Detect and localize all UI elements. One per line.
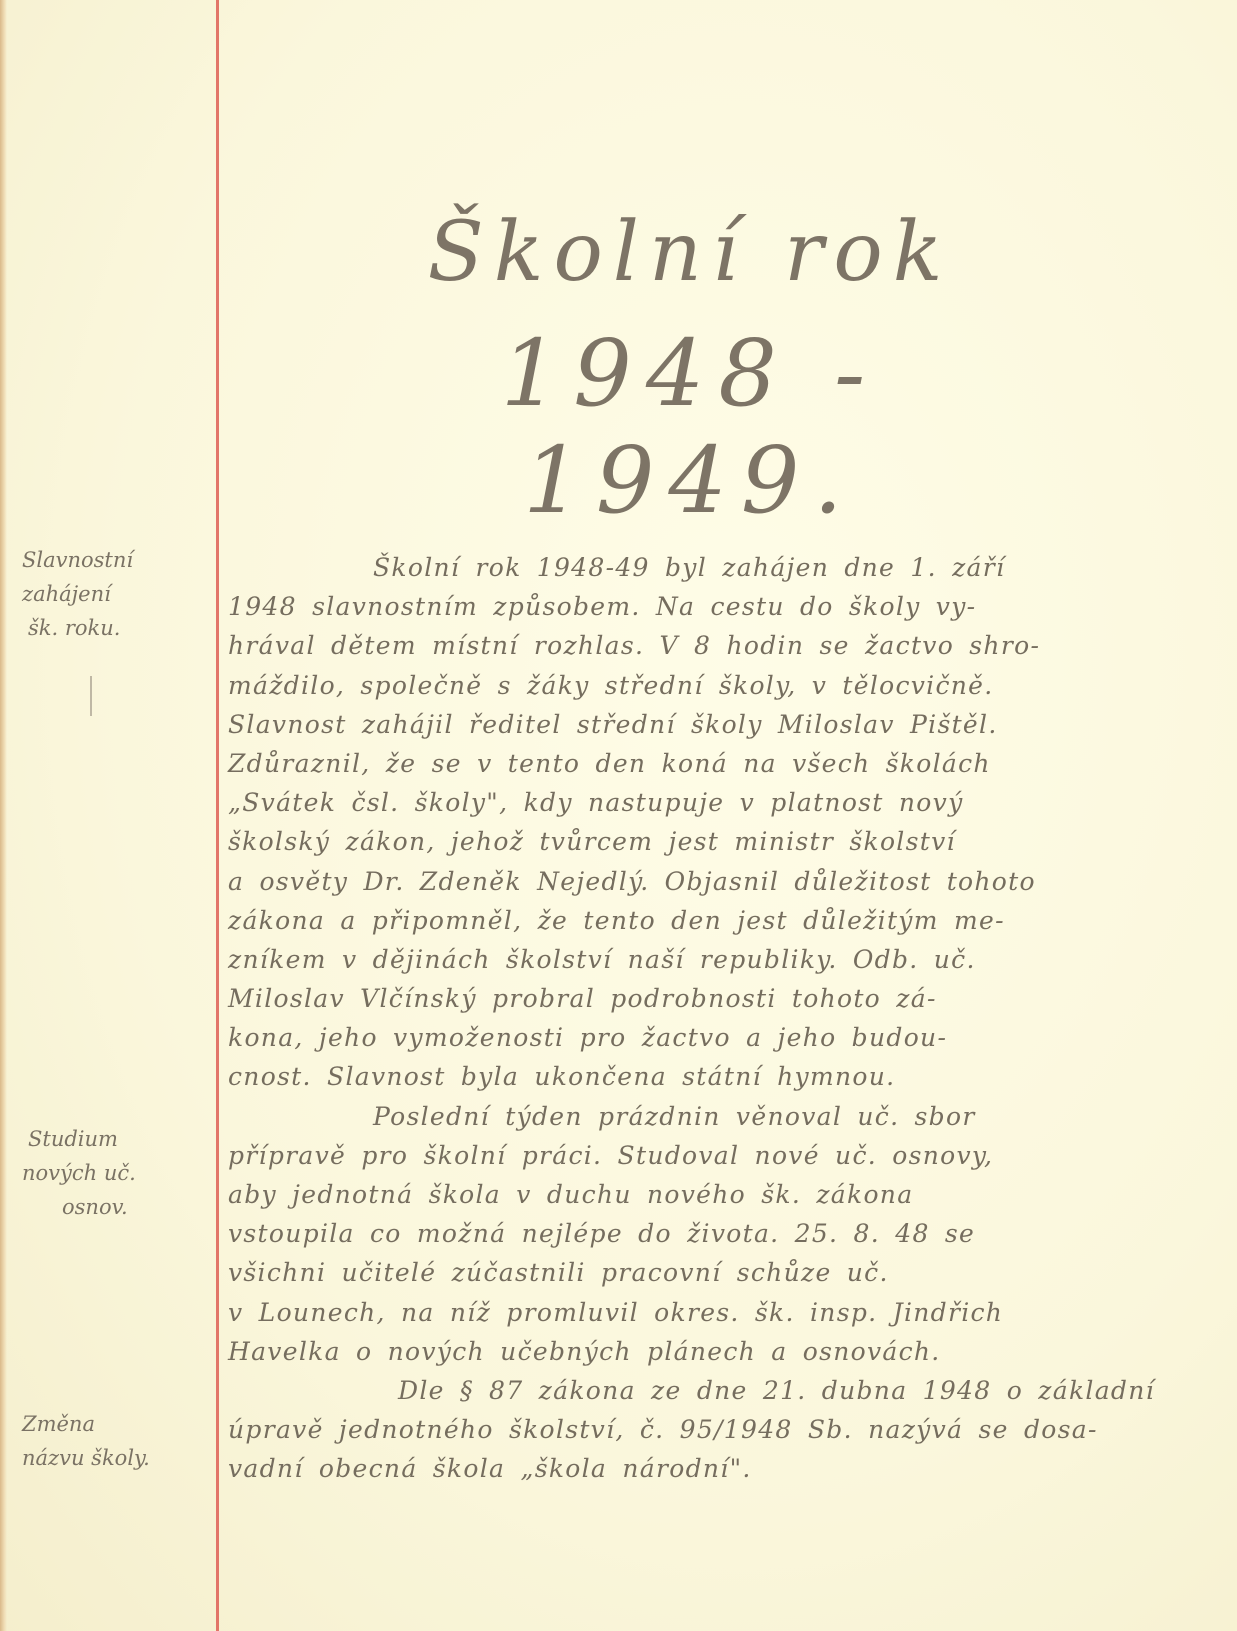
margin-note-line: Studium — [22, 1122, 202, 1156]
body-line: Dle § 87 zákona ze dne 21. dubna 1948 o … — [228, 1371, 1228, 1410]
body-line: úpravě jednotného školství, č. 95/1948 S… — [228, 1410, 1228, 1449]
margin-note-line: šk. roku. — [22, 611, 202, 645]
body-line: Školní rok 1948-49 byl zahájen dne 1. zá… — [228, 548, 1228, 587]
margin-note-line: názvu školy. — [22, 1441, 202, 1475]
body-line: cnost. Slavnost byla ukončena státní hym… — [228, 1057, 1228, 1096]
body-line: v Lounech, na níž promluvil okres. šk. i… — [228, 1293, 1228, 1332]
body-line: zníkem v dějinách školství naší republik… — [228, 940, 1228, 979]
body-line: přípravě pro školní práci. Studoval nové… — [228, 1136, 1228, 1175]
margin-note-line: Změna — [22, 1407, 202, 1441]
document-page: Školní rok 1948 - 1949. Slavnostní zaháj… — [0, 0, 1237, 1631]
margin-note-line: osnov. — [22, 1190, 202, 1224]
body-line: Havelka o nových učebných plánech a osno… — [228, 1332, 1228, 1371]
body-line: Miloslav Vlčínský probral podrobnosti to… — [228, 979, 1228, 1018]
margin-pencil-mark — [90, 676, 92, 716]
red-margin-line — [216, 0, 219, 1631]
body-line: vstoupila co možná nejlépe do života. 25… — [228, 1214, 1228, 1253]
body-line: Slavnost zahájil ředitel střední školy M… — [228, 705, 1228, 744]
body-line: Zdůraznil, že se v tento den koná na vše… — [228, 744, 1228, 783]
body-line: aby jednotná škola v duchu nového šk. zá… — [228, 1175, 1228, 1214]
page-title-line-1: Školní rok — [370, 205, 1010, 300]
body-line: kona, jeho vymoženosti pro žactvo a jeho… — [228, 1018, 1228, 1057]
margin-note-line: Slavnostní — [22, 543, 202, 577]
margin-note-line: nových uč. — [22, 1156, 202, 1190]
body-line: „Svátek čsl. školy", kdy nastupuje v pla… — [228, 783, 1228, 822]
chronicle-body: Školní rok 1948-49 byl zahájen dne 1. zá… — [228, 548, 1228, 1489]
body-line: všichni učitelé zúčastnili pracovní schů… — [228, 1253, 1228, 1292]
margin-note-curriculum-study: Studium nových uč. osnov. — [22, 1122, 202, 1224]
margin-note-line: zahájení — [22, 577, 202, 611]
margin-note-school-name-change: Změna názvu školy. — [22, 1407, 202, 1475]
body-line: hrával dětem místní rozhlas. V 8 hodin s… — [228, 626, 1228, 665]
page-binding-edge — [0, 0, 7, 1631]
body-line: zákona a připomněl, že tento den jest dů… — [228, 901, 1228, 940]
body-line: 1948 slavnostním způsobem. Na cestu do š… — [228, 587, 1228, 626]
body-line: a osvěty Dr. Zdeněk Nejedlý. Objasnil dů… — [228, 862, 1228, 901]
body-line: Poslední týden prázdnin věnoval uč. sbor — [228, 1097, 1228, 1136]
margin-note-ceremonial-opening: Slavnostní zahájení šk. roku. — [22, 543, 202, 645]
body-line: vadní obecná škola „škola národní". — [228, 1449, 1228, 1488]
body-line: máždilo, společně s žáky střední školy, … — [228, 666, 1228, 705]
body-line: školský zákon, jehož tvůrcem jest minist… — [228, 822, 1228, 861]
page-title-year-range: 1948 - 1949. — [370, 320, 1010, 534]
